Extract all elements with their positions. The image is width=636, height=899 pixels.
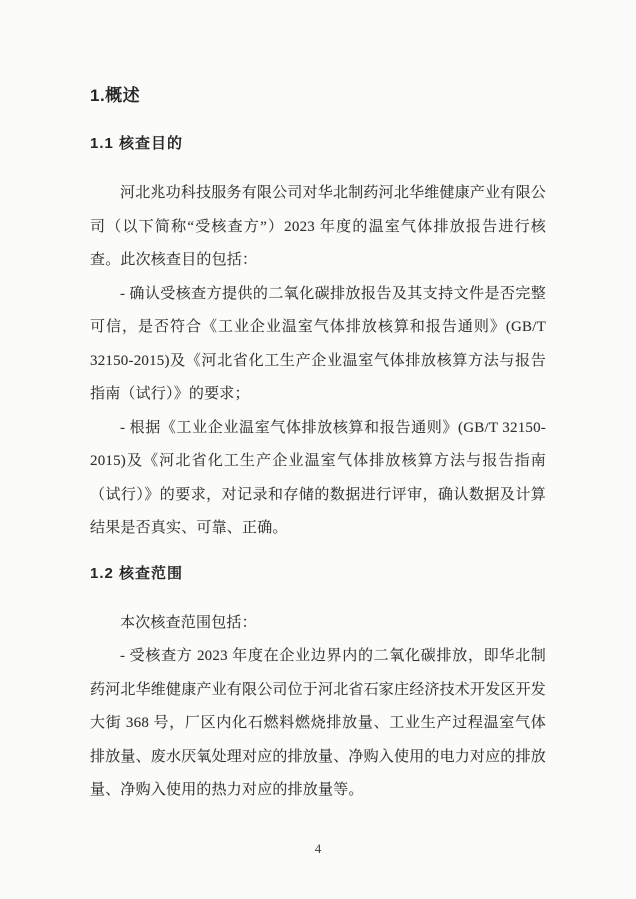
document-page: 1.概述 1.1 核查目的 河北兆功科技服务有限公司对华北制药河北华维健康产业有…	[0, 0, 636, 899]
scope-intro-paragraph: 本次核查范围包括：	[90, 607, 546, 641]
section-heading-overview: 1.概述	[90, 84, 546, 108]
subsection-heading-scope: 1.2 核查范围	[90, 562, 546, 586]
purpose-item-1: - 确认受核查方提供的二氧化碳排放报告及其支持文件是否完整可信，是否符合《工业企…	[90, 278, 546, 412]
scope-item-1: - 受核查方 2023 年度在企业边界内的二氧化碳排放，即华北制药河北华维健康产…	[90, 640, 546, 808]
page-number: 4	[0, 841, 636, 857]
purpose-item-2: - 根据《工业企业温室气体排放核算和报告通则》(GB/T 32150-2015)…	[90, 412, 546, 546]
subsection-heading-purpose: 1.1 核查目的	[90, 132, 546, 156]
purpose-intro-paragraph: 河北兆功科技服务有限公司对华北制药河北华维健康产业有限公司（以下简称“受核查方”…	[90, 177, 546, 278]
section-verification-scope: 1.2 核查范围 本次核查范围包括： - 受核查方 2023 年度在企业边界内的…	[90, 562, 546, 808]
section-verification-purpose: 1.1 核查目的 河北兆功科技服务有限公司对华北制药河北华维健康产业有限公司（以…	[90, 132, 546, 546]
